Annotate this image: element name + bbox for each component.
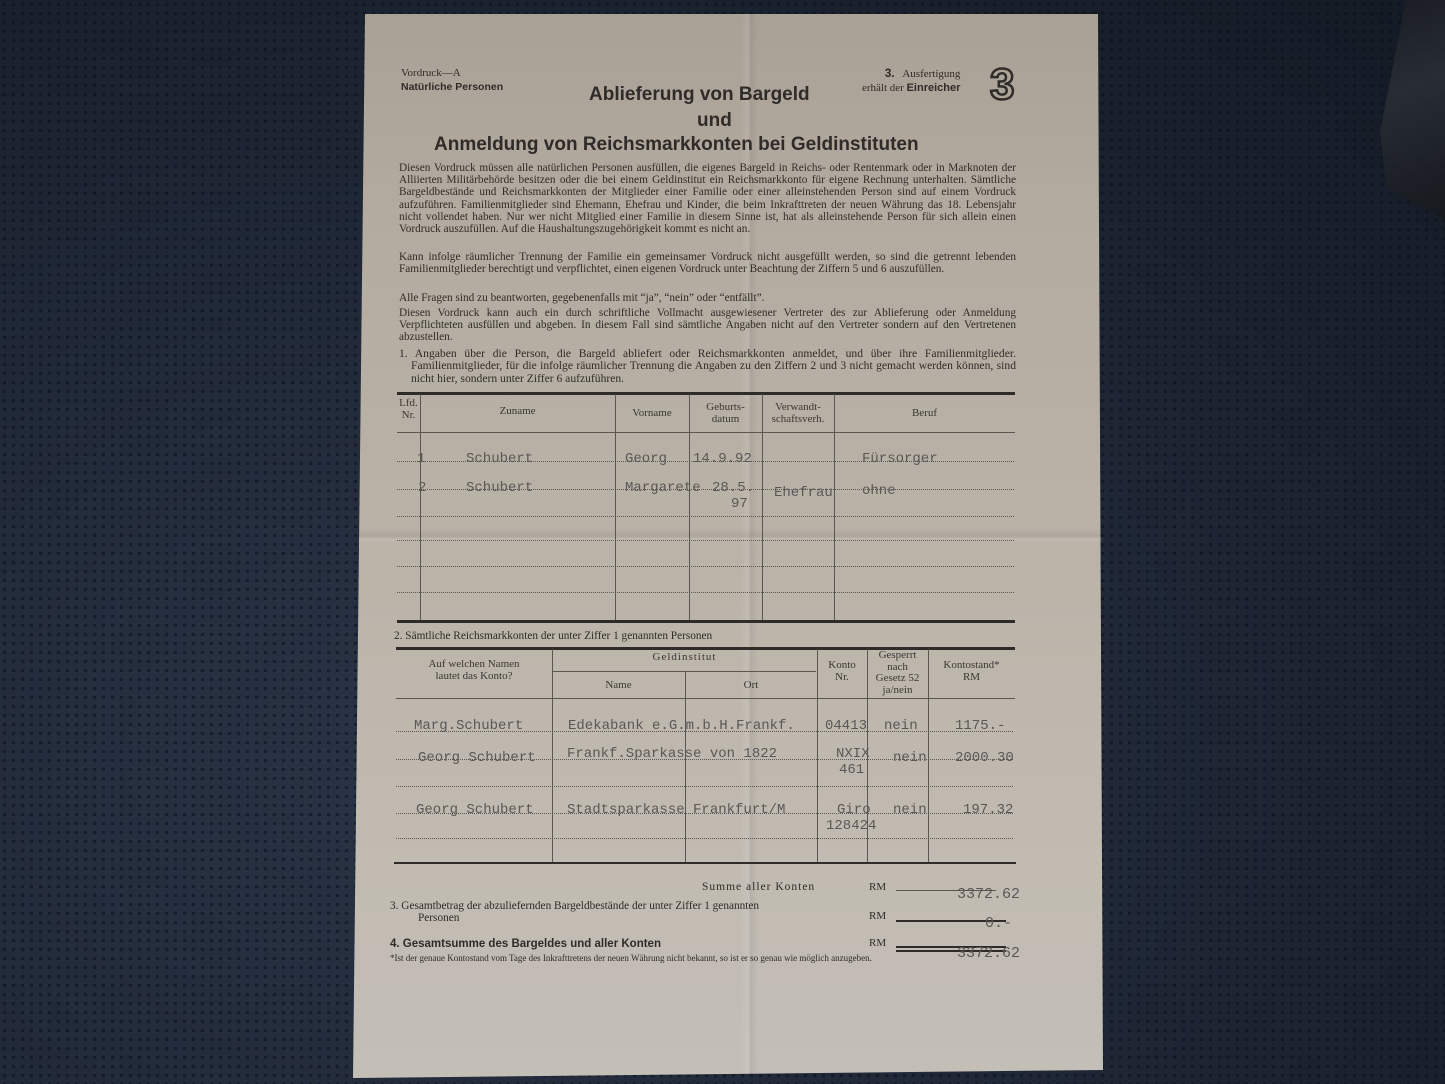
title-line-2: und: [697, 110, 732, 132]
col-header-zuname: Zuname: [420, 406, 615, 418]
acct1-institut: Edekabank e.G.m.b.H.Frankf.: [568, 718, 795, 734]
row2-geburtsdatum-year: 97: [731, 496, 748, 512]
row2-verwandtschaft: Ehefrau: [774, 485, 833, 501]
table2-col-divider: [685, 672, 686, 862]
table1-fill-line: [397, 592, 1014, 593]
form-id: Vordruck—A: [401, 66, 503, 80]
acct3-gesperrt: nein: [893, 802, 927, 818]
copy-big-number: 3: [990, 60, 1014, 110]
instruction-paragraph-2: Kann infolge räumlicher Trennung der Fam…: [399, 251, 1016, 275]
section3-label-cont: Personen: [418, 912, 459, 924]
sum-all-accounts-label: Summe aller Konten: [702, 881, 815, 893]
table1-top-rule: [397, 392, 1015, 395]
acct2-institut: Frankf.Sparkasse von 1822: [567, 746, 777, 762]
table1-header-rule: [397, 432, 1015, 433]
table2-fill-line: [396, 838, 1013, 839]
col-header-geldinstitut: Geldinstitut: [552, 652, 817, 664]
col-header-gesperrt: GesperrtnachGesetz 52ja/nein: [867, 650, 928, 696]
acct2-gesperrt: nein: [893, 750, 927, 766]
col-header-konto-name: Auf welchen Namenlautet das Konto?: [396, 659, 552, 682]
acct3-konto-line2: 128424: [826, 818, 876, 834]
form-id-block: Vordruck—A Natürliche Personen: [401, 66, 503, 94]
table2-bottom-rule: [394, 862, 1016, 864]
copy-info: 3. Ausfertigung erhält der Einreicher: [862, 66, 960, 95]
acct1-name: Marg.Schubert: [414, 718, 523, 734]
row2-vorname: Margarete: [625, 480, 701, 496]
section2-heading: 2. Sämtliche Reichsmarkkonten der unter …: [394, 630, 712, 642]
col-header-geburtsdatum: Geburts-datum: [689, 402, 762, 425]
plastic-bag-corner: [1380, 0, 1445, 220]
col-header-institut-name: Name: [552, 680, 685, 692]
table2-fill-line: [396, 786, 1013, 787]
col-header-institut-ort: Ort: [685, 680, 817, 692]
table1-col-divider: [762, 394, 763, 620]
table2-header-rule: [396, 698, 1015, 699]
copy-number: 3.: [885, 66, 895, 80]
title-line-3: Anmeldung von Reichsmarkkonten bei Geldi…: [434, 134, 919, 156]
acct3-konto: Giro: [837, 802, 871, 818]
col-header-lfd-nr: Lfd.Nr.: [397, 398, 420, 421]
acct2-konto: NXIX: [836, 746, 870, 762]
table1-col-divider: [834, 394, 835, 620]
col-header-konto-nr: KontoNr.: [817, 660, 867, 683]
col-header-beruf: Beruf: [834, 408, 1015, 420]
acct2-kontostand: 2000.30: [955, 750, 1014, 766]
row1-vorname: Georg: [625, 451, 667, 467]
section3-value: 0.-: [985, 915, 1012, 932]
instruction-paragraph-3: Alle Fragen sind zu beantworten, gegeben…: [399, 292, 1016, 304]
section1-heading: 1. Angaben über die Person, die Bargeld …: [399, 348, 1016, 385]
table1-fill-line: [397, 540, 1014, 541]
row1-geburtsdatum: 14.9.92: [693, 451, 752, 467]
fold-crease-horizontal: [358, 528, 1103, 544]
row1-beruf: Fürsorger: [862, 451, 938, 467]
instruction-paragraph-4: Diesen Vordruck kann auch ein durch schr…: [399, 307, 1016, 344]
acct2-konto-line2: 461: [839, 762, 864, 778]
table1-fill-line: [397, 516, 1014, 517]
acct3-institut: Stadtsparkasse Frankfurt/M: [567, 802, 785, 818]
sum-currency: RM: [869, 881, 886, 893]
table1-bottom-rule: [397, 620, 1015, 623]
acct3-kontostand: 197.32: [963, 802, 1013, 818]
section3-label: 3. Gesamtbetrag der abzuliefernden Barge…: [390, 900, 759, 912]
title-line-1: Ablieferung von Bargeld: [589, 84, 810, 106]
instruction-paragraph-1: Diesen Vordruck müssen alle natürlichen …: [399, 162, 1016, 235]
section4-value: 3372.62: [957, 945, 1020, 962]
section4-label: 4. Gesamtsumme des Bargeldes und aller K…: [390, 938, 661, 950]
acct1-konto: 04413: [825, 718, 867, 734]
row2-zuname: Schubert: [466, 480, 533, 496]
acct3-name: Georg Schubert: [416, 802, 534, 818]
acct2-name: Georg Schubert: [418, 750, 536, 766]
acct1-kontostand: 1175.-: [955, 718, 1005, 734]
sum-value: 3372.62: [957, 886, 1020, 903]
col-header-verwandtschaft: Verwandt-schaftsverh.: [762, 402, 834, 425]
col-header-kontostand: Kontostand*RM: [928, 660, 1015, 683]
row1-zuname: Schubert: [466, 451, 533, 467]
footnote: *Ist der genaue Kontostand vom Tage des …: [390, 953, 872, 963]
table1-fill-line: [397, 566, 1014, 567]
form-category: Natürliche Personen: [401, 81, 503, 93]
acct1-gesperrt: nein: [884, 718, 918, 734]
row2-geburtsdatum: 28.5.: [712, 480, 754, 496]
copy-label: Ausfertigung: [902, 68, 960, 80]
row1-nr: 1: [417, 451, 425, 467]
table1-col-divider: [420, 394, 421, 620]
section3-currency: RM: [869, 910, 886, 922]
row2-nr: 2: [418, 480, 426, 496]
section4-currency: RM: [869, 937, 886, 949]
col-header-vorname: Vorname: [615, 408, 689, 420]
copy-recipient-prefix: erhält der: [862, 82, 904, 94]
table1-col-divider: [689, 394, 690, 620]
table1-col-divider: [615, 394, 616, 620]
copy-recipient: Einreicher: [907, 82, 961, 94]
row2-beruf: ohne: [862, 483, 896, 499]
